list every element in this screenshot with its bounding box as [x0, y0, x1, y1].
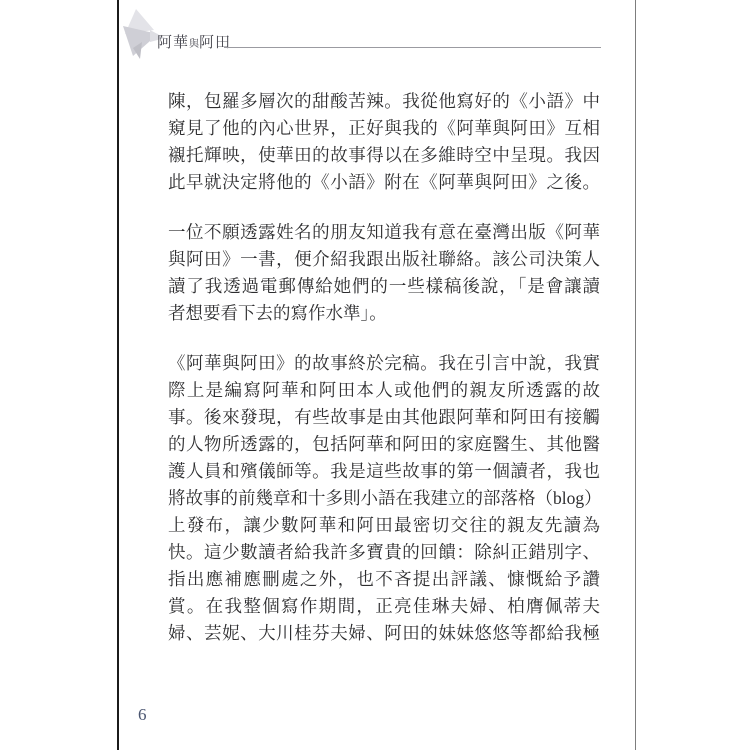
text-line: 《阿華與阿田》的故事終於完稿。我在引言中說，我實: [168, 350, 600, 377]
paragraph-2: 一位不願透露姓名的朋友知道我有意在臺灣出版《阿華與阿田》一書，便介紹我跟出版社聯…: [168, 219, 600, 327]
text-line: 陳，包羅多層次的甜酸苦辣。我從他寫好的《小語》中: [168, 88, 600, 115]
text-line: 窺見了他的內心世界，正好與我的《阿華與阿田》互相: [168, 115, 600, 142]
text-line: 此早就決定將他的《小語》附在《阿華與阿田》之後。: [168, 169, 600, 196]
text-line: 將故事的前幾章和十多則小語在我建立的部落格（blog）: [168, 485, 600, 512]
text-line: 的人物所透露的，包括阿華和阿田的家庭醫生、其他醫: [168, 431, 600, 458]
text-line: 襯托輝映，使華田的故事得以在多維時空中呈現。我因: [168, 142, 600, 169]
book-page: 阿華與阿田 陳，包羅多層次的甜酸苦辣。我從他寫好的《小語》中窺見了他的內心世界，…: [0, 0, 750, 750]
text-line: 際上是編寫阿華和阿田本人或他們的親友所透露的故: [168, 377, 600, 404]
text-line: 一位不願透露姓名的朋友知道我有意在臺灣出版《阿華: [168, 219, 600, 246]
text-line: 事。後來發現，有些故事是由其他跟阿華和阿田有接觸: [168, 404, 600, 431]
running-title: 阿華與阿田: [157, 31, 231, 52]
text-line: 婦、芸妮、大川桂芬夫婦、阿田的妹妹悠悠等都給我極: [168, 620, 600, 647]
text-line: 護人員和殯儀師等。我是這些故事的第一個讀者，我也: [168, 458, 600, 485]
running-title-conjunction: 與: [189, 39, 199, 50]
text-line: 指出應補應刪處之外，也不吝提出評議、慷慨給予讚: [168, 566, 600, 593]
text-line: 與阿田》一書，便介紹我跟出版社聯絡。該公司決策人: [168, 246, 600, 273]
body-text: 陳，包羅多層次的甜酸苦辣。我從他寫好的《小語》中窺見了他的內心世界，正好與我的《…: [168, 88, 600, 670]
paragraph-3: 《阿華與阿田》的故事終於完稿。我在引言中說，我實際上是編寫阿華和阿田本人或他們的…: [168, 350, 600, 647]
text-line: 賞。在我整個寫作期間，正亮佳琳夫婦、柏膺佩蒂夫: [168, 593, 600, 620]
running-title-part2: 阿田: [199, 35, 231, 51]
text-line: 者想要看下去的寫作水準」。: [168, 300, 600, 327]
text-line: 上發布，讓少數阿華和阿田最密切交往的親友先讀為: [168, 512, 600, 539]
page-right-edge-line: [635, 0, 636, 750]
paragraph-1: 陳，包羅多層次的甜酸苦辣。我從他寫好的《小語》中窺見了他的內心世界，正好與我的《…: [168, 88, 600, 196]
text-line: 讀了我透過電郵傳給她們的一些樣稿後說，「是會讓讀: [168, 273, 600, 300]
page-number: 6: [138, 705, 147, 725]
header-rule-line: [224, 47, 601, 48]
running-header: 阿華與阿田: [0, 0, 750, 70]
text-line: 快。這少數讀者給我許多寶貴的回饋：除糾正錯別字、: [168, 539, 600, 566]
running-title-part1: 阿華: [157, 35, 189, 51]
page-left-edge-line: [117, 0, 119, 750]
